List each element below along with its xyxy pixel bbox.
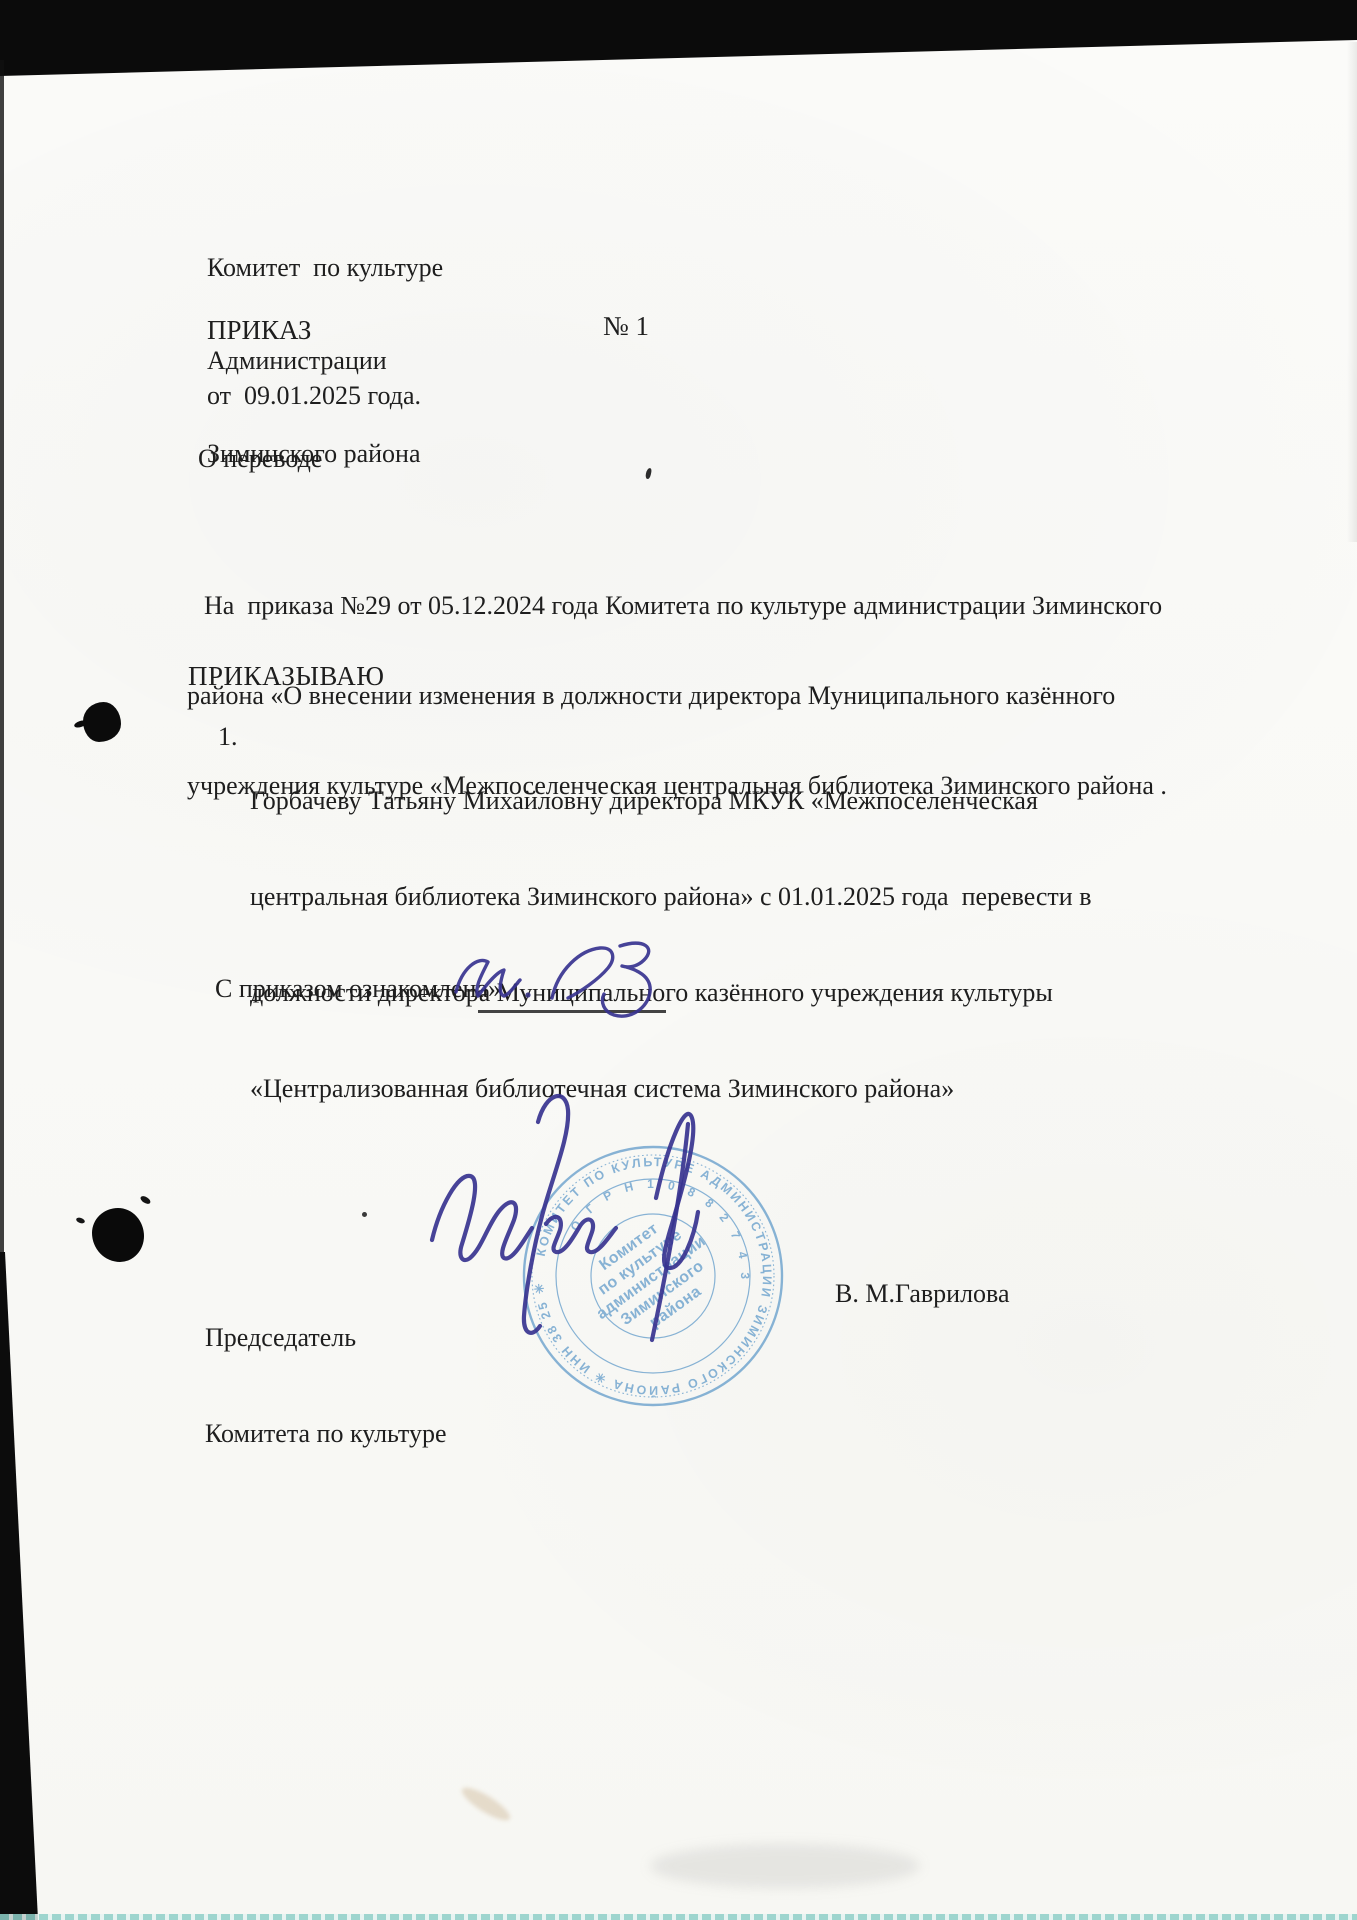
paper-smudge [650, 1844, 920, 1888]
scanner-edge-left [0, 60, 4, 1260]
item-line: Горбачеву Татьяну Михайловну директора М… [250, 785, 1091, 817]
order-subject: О переводе [198, 443, 322, 474]
signer-name: В. М.Гаврилова [835, 1278, 1010, 1309]
preamble-line: На приказа №29 от 05.12.2024 года Комите… [187, 591, 1167, 621]
resolve-word: ПРИКАЗЫВАЮ [188, 661, 384, 692]
scanner-edge-top [0, 0, 1357, 80]
ink-blob [83, 702, 121, 742]
order-title: ПРИКАЗ [207, 315, 311, 346]
signer-title-line: Председатель [205, 1322, 446, 1354]
scanned-order-document: Комитет по культуре Администрации Зиминс… [0, 0, 1357, 1920]
org-line: Администрации [207, 345, 443, 376]
ink-blob [92, 1208, 144, 1262]
order-number: № 1 [603, 311, 649, 342]
paper-smudge [458, 1782, 514, 1825]
ink-speck [645, 468, 652, 480]
chairman-signature [420, 1078, 720, 1353]
item-line: центральная библиотека Зиминского района… [250, 881, 1091, 913]
order-date: от 09.01.2025 года. [207, 380, 421, 411]
signer-title: Председатель Комитета по культуре [205, 1258, 446, 1514]
item-number: 1. [218, 721, 238, 753]
acknowledgement-signature [448, 936, 688, 1028]
ink-speck [362, 1212, 367, 1217]
org-header: Комитет по культуре Администрации Зиминс… [207, 190, 443, 531]
org-line: Комитет по культуре [207, 252, 443, 283]
scanner-edge-left-wedge [0, 1252, 42, 1920]
scanner-edge-bottom [0, 1914, 1357, 1920]
signer-title-line: Комитета по культуре [205, 1418, 446, 1450]
paper-edge-shadow-right [1347, 42, 1357, 542]
